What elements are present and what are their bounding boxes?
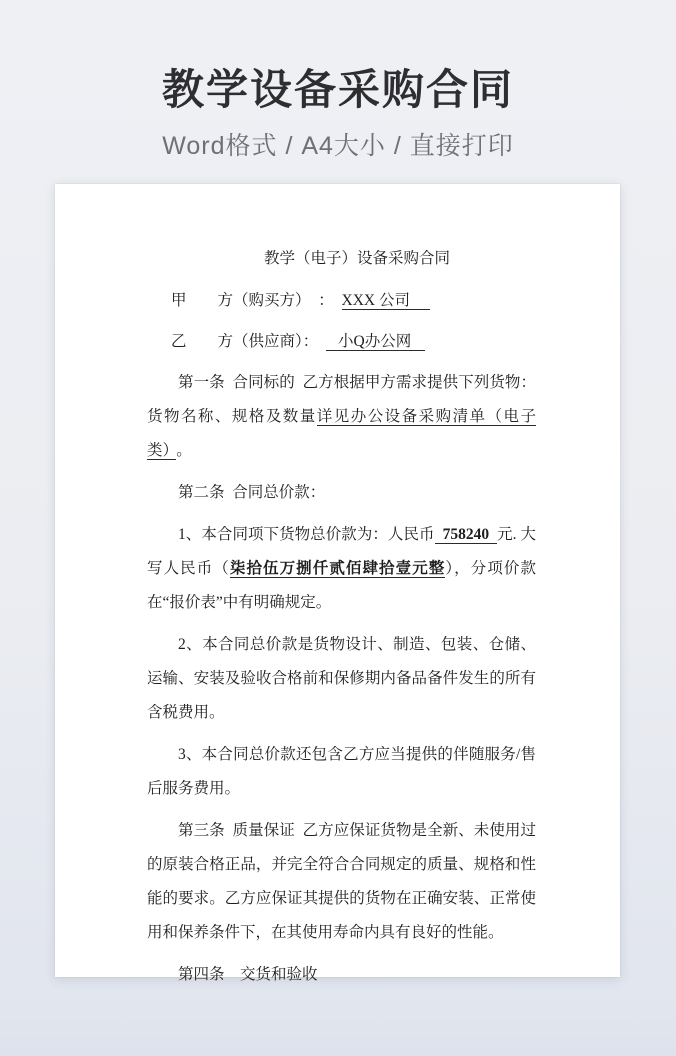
party-a-label: 甲 方（购买方） ： bbox=[171, 292, 342, 309]
paragraph-3: 3、本合同总价款还包含乙方应当提供的伴随服务/售后服务费用。 bbox=[147, 738, 536, 806]
party-b-line: 乙 方（供应商）： 小Q办公网 bbox=[147, 325, 536, 359]
page-subtitle: Word格式 / A4大小 / 直接打印 bbox=[0, 126, 676, 162]
clause-2-heading: 第二条 合同总价款： bbox=[147, 476, 536, 510]
document-content: 教学（电子）设备采购合同 甲 方（购买方） ： XXX 公司 乙 方（供应商）：… bbox=[55, 184, 620, 992]
price-amount-digits: 758240 bbox=[435, 526, 498, 544]
price-paragraph: 1、本合同项下货物总价款为：人民币758240元. 大写人民币（柒拾伍万捌仟贰佰… bbox=[147, 518, 536, 620]
clause-1-tail: 。 bbox=[176, 442, 192, 459]
page-title: 教学设备采购合同 bbox=[0, 64, 676, 117]
party-b-label: 乙 方（供应商）： bbox=[171, 333, 326, 350]
paragraph-2: 2、本合同总价款是货物设计、制造、包装、仓储、运输、安装及验收合格前和保修期内备… bbox=[147, 628, 536, 730]
party-a-line: 甲 方（购买方） ： XXX 公司 bbox=[147, 284, 536, 318]
price-amount-words: 柒拾伍万捌仟贰佰肆拾壹元整 bbox=[230, 560, 445, 578]
party-a-value: XXX 公司 bbox=[342, 292, 430, 310]
clause-4-heading: 第四条 交货和验收 bbox=[147, 958, 536, 992]
contract-title: 教学（电子）设备采购合同 bbox=[147, 242, 536, 276]
party-b-value: 小Q办公网 bbox=[326, 333, 425, 351]
clause-1: 第一条 合同标的 乙方根据甲方需求提供下列货物：货物名称、规格及数量详见办公设备… bbox=[147, 366, 536, 468]
hero-header: 教学设备采购合同 Word格式 / A4大小 / 直接打印 bbox=[0, 0, 676, 162]
clause-3: 第三条 质量保证 乙方应保证货物是全新、未使用过的原装合格正品，并完全符合合同规… bbox=[147, 814, 536, 950]
price-text-1: 1、本合同项下货物总价款为：人民币 bbox=[178, 526, 435, 543]
document-page: 教学（电子）设备采购合同 甲 方（购买方） ： XXX 公司 乙 方（供应商）：… bbox=[55, 184, 620, 977]
